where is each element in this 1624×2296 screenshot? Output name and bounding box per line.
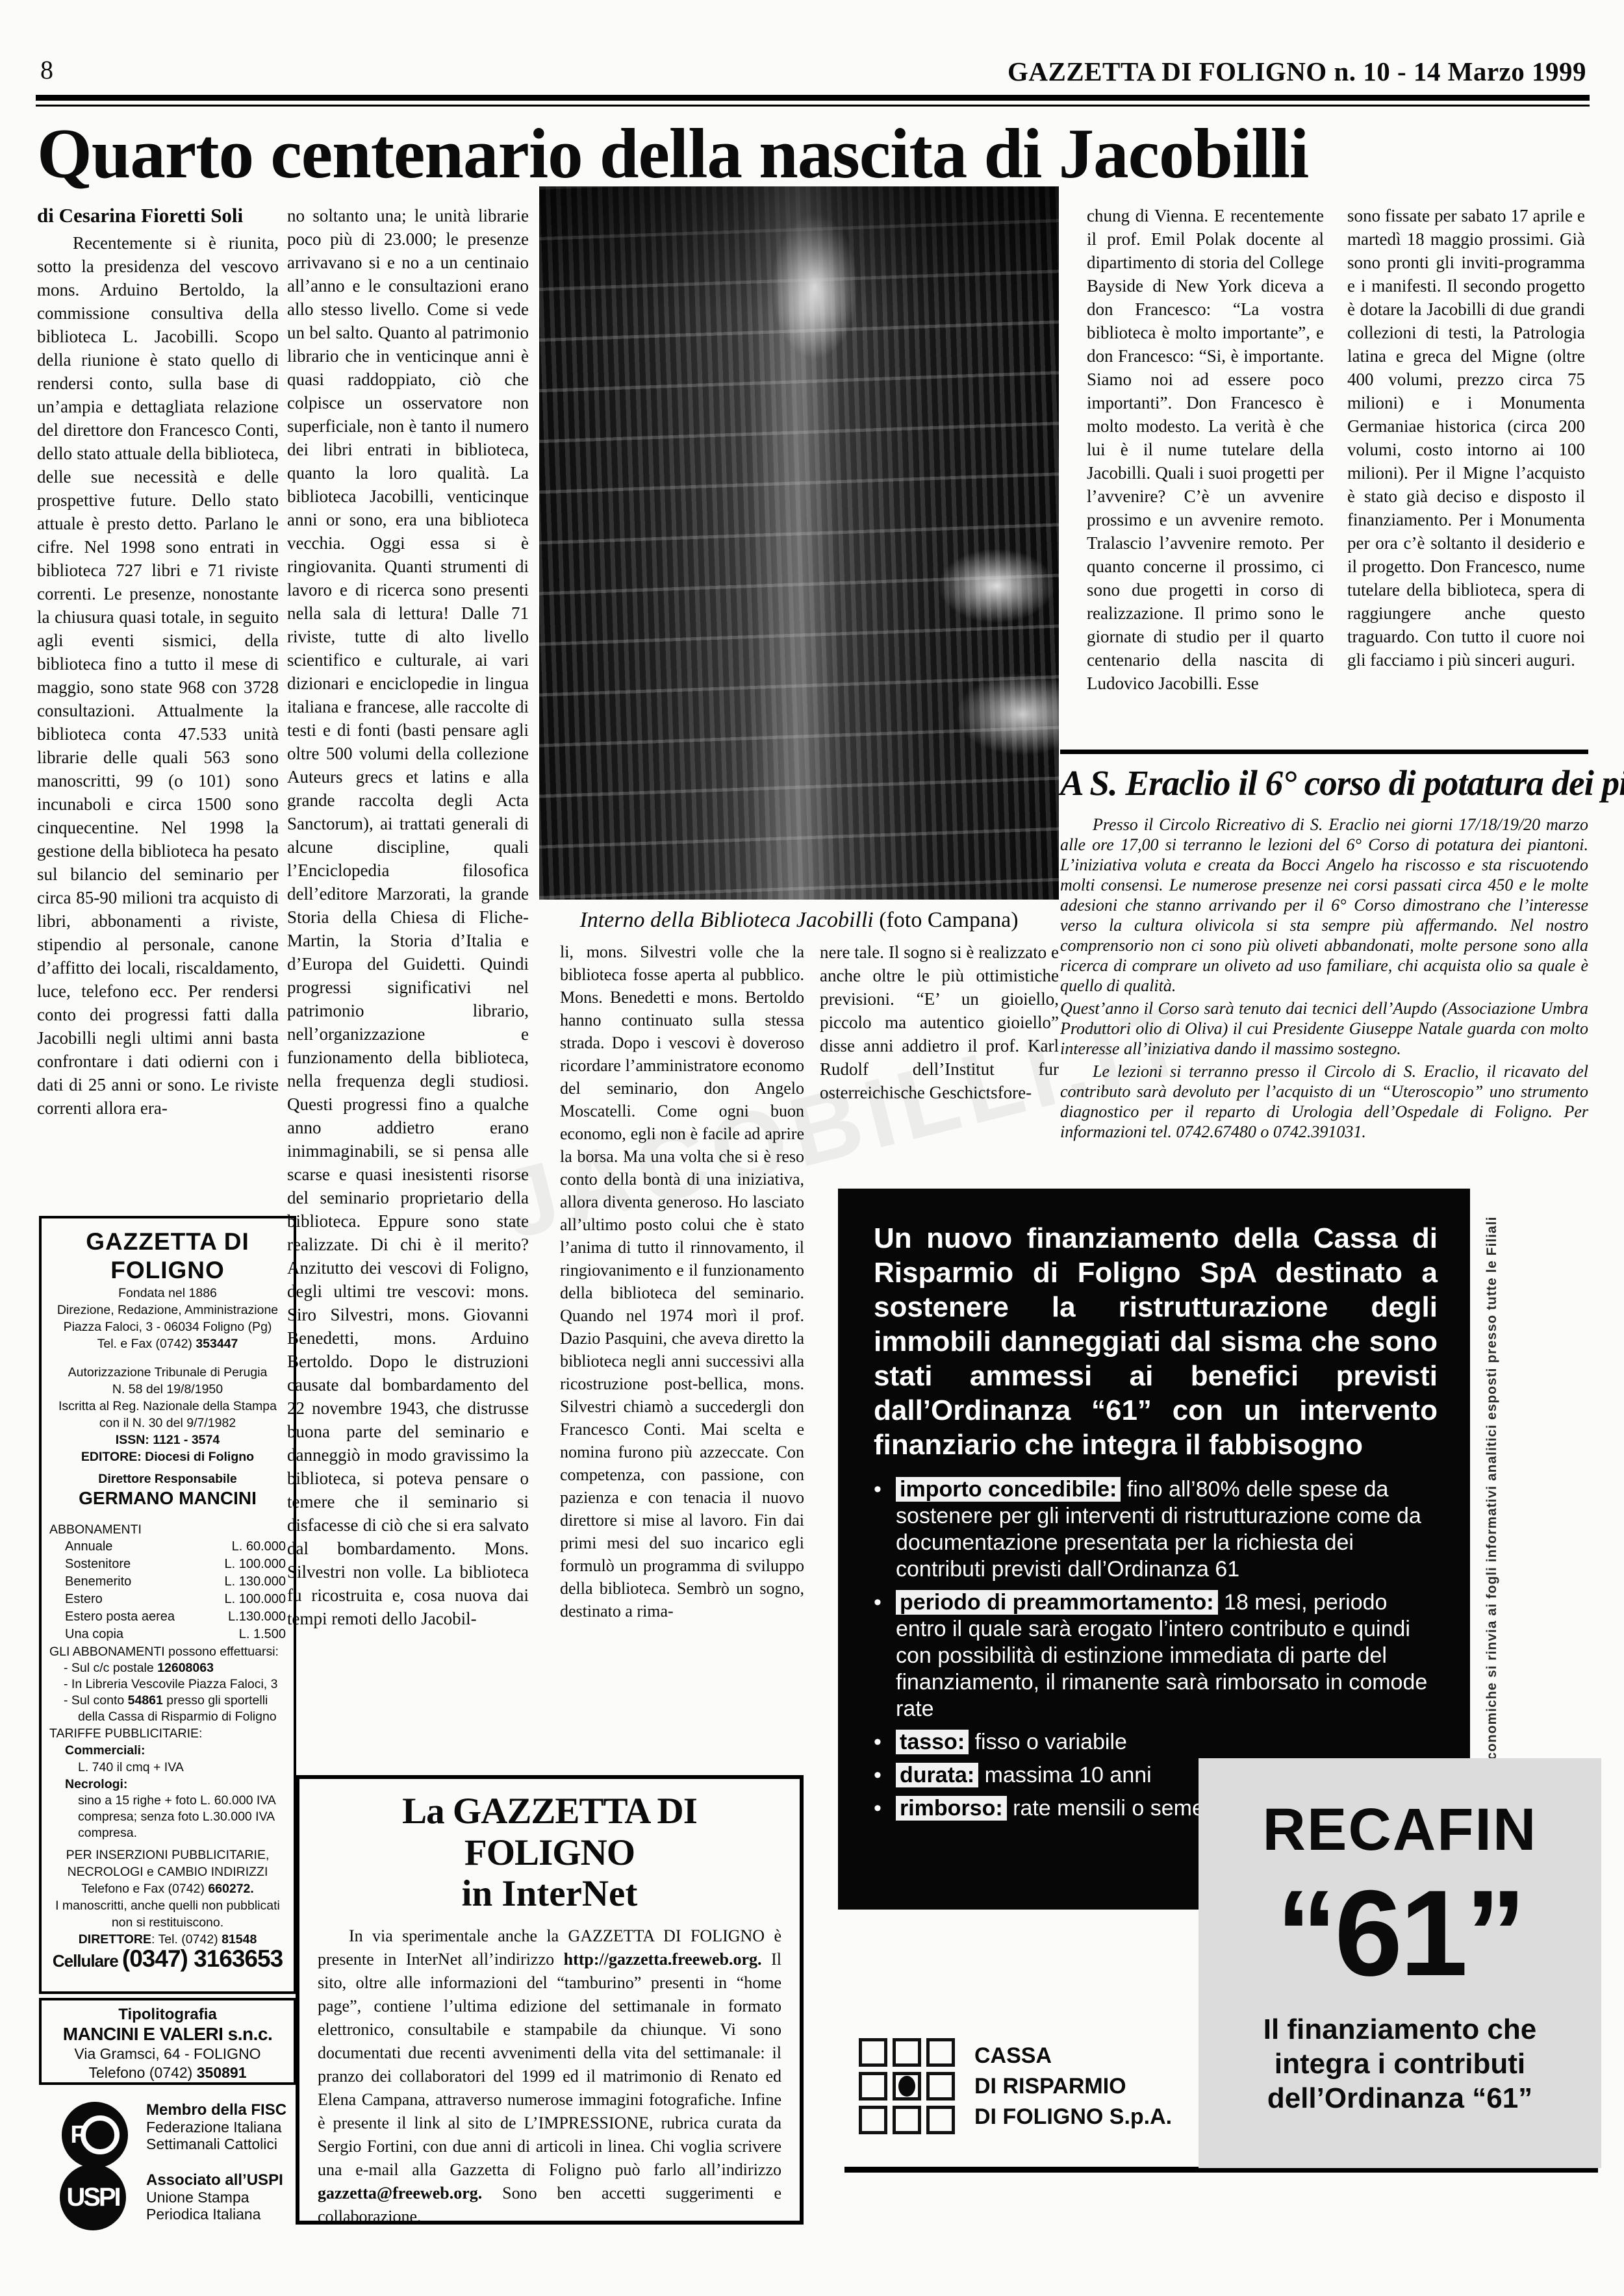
bullet-label: durata:: [896, 1763, 978, 1787]
method-conto: - Sul conto 54861 presso gli sportelli d…: [49, 1693, 286, 1725]
logo-square: [893, 2038, 921, 2067]
director-name: GERMANO MANCINI: [49, 1487, 286, 1509]
inserzioni-tel-label: Telefono e Fax (0742): [81, 1882, 208, 1896]
abb-label: Sostenitore: [65, 1556, 131, 1573]
masthead-dateline: GAZZETTA DI FOLIGNO n. 10 - 14 Marzo 199…: [1008, 56, 1586, 87]
uspi-letters: USPI: [66, 2183, 119, 2212]
commercial-label: Commerciali:: [49, 1742, 286, 1759]
inserzioni-tel-number: 660272.: [208, 1882, 254, 1896]
bullet-text: fisso o variabile: [969, 1730, 1127, 1754]
article-col2-text: no soltanto una; le unità librarie poco …: [287, 206, 529, 1628]
masthead-auth1: Autorizzazione Tribunale di Perugia: [49, 1364, 286, 1381]
necrologi-value: sino a 15 righe + foto L. 60.000 IVA com…: [49, 1793, 286, 1841]
eraclio-para-3: Le lezioni si terranno presso il Circolo…: [1060, 1061, 1588, 1142]
abbonamento-row: SostenitoreL. 100.000: [49, 1556, 286, 1573]
logo-square: [926, 2072, 955, 2100]
header-rule-thin: [36, 105, 1590, 107]
fisc-line3: Settimanali Cattolici: [146, 2136, 286, 2152]
manuscripts-note: I manoscritti, anche quelli non pubblica…: [49, 1897, 286, 1931]
tipografia-tel: Telefono (0742) 350891: [42, 2063, 294, 2082]
abbonamenti-title: ABBONAMENTI: [49, 1521, 286, 1538]
article-col6-text: sono fissate per sabato 17 aprile e mart…: [1347, 206, 1585, 670]
abb-label: Estero posta aerea: [65, 1608, 175, 1626]
eraclio-para-1: Presso il Circolo Ricreativo di S. Eracl…: [1060, 814, 1588, 996]
tipografia-box: Tipolitografia MANCINI E VALERI s.n.c. V…: [39, 1998, 296, 2085]
article-column-3: li, mons. Silvestri volle che la bibliot…: [560, 940, 804, 1622]
logo-square: [859, 2106, 887, 2134]
logo-square: [893, 2106, 921, 2134]
inserzioni-line1: PER INSERZIONI PUBBLICITARIE,: [49, 1847, 286, 1863]
inserzioni-tel: Telefono e Fax (0742) 660272.: [49, 1880, 286, 1897]
inserzioni-line2: NECROLOGI e CAMBIO INDIRIZZI: [49, 1863, 286, 1880]
article-column-1: di Cesarina Fioretti Soli Recentemente s…: [37, 204, 279, 1120]
tipografia-tel-number: 350891: [197, 2064, 247, 2081]
bullet-text: massima 10 anni: [978, 1763, 1151, 1787]
director-role: Direttore Responsabile: [49, 1470, 286, 1487]
cassa-logo-name: CASSA DI RISPARMIO DI FOLIGNO S.p.A.: [974, 2041, 1172, 2132]
masthead-auth4: con il N. 30 del 9/7/1982: [49, 1415, 286, 1432]
eraclio-body: Presso il Circolo Ricreativo di S. Eracl…: [1060, 814, 1588, 1144]
bank-ad-bullet-importo: importo concedibile: fino all’80% delle …: [874, 1476, 1438, 1583]
internet-box: La GAZZETTA DI FOLIGNO in InterNet In vi…: [296, 1775, 804, 2225]
abbonamento-row: Una copiaL. 1.500: [49, 1626, 286, 1643]
abb-label: Annuale: [65, 1538, 112, 1556]
article-col3-text: li, mons. Silvestri volle che la bibliot…: [560, 942, 804, 1621]
abb-price: L. 130.000: [224, 1573, 286, 1591]
cassa-name-line1: CASSA: [974, 2041, 1172, 2071]
cellulare-number: (0347) 3163653: [122, 1945, 283, 1972]
telfax-label: Tel. e Fax (0742): [97, 1337, 196, 1351]
abbonamento-row: AnnualeL. 60.000: [49, 1538, 286, 1556]
masthead-title: GAZZETTA DI FOLIGNO: [49, 1228, 286, 1285]
abbonamento-row: Estero posta aereaL.130.000: [49, 1608, 286, 1626]
article-headline: Quarto centenario della nascita di Jacob…: [37, 113, 1591, 195]
cassa-logo-icon: [859, 2038, 960, 2139]
article-column-6: sono fissate per sabato 17 aprile e mart…: [1347, 204, 1585, 672]
uspi-line2: Unione Stampa: [146, 2189, 283, 2206]
internet-body-text: Il sito, oltre alle informazioni del “ta…: [318, 1950, 781, 2179]
logo-square: [926, 2106, 955, 2134]
issn-label: ISSN:: [116, 1433, 153, 1447]
tipografia-line2: MANCINI E VALERI s.n.c.: [42, 2024, 294, 2045]
bullet-label: periodo di preammortamento:: [896, 1590, 1218, 1615]
cassa-name-line3: DI FOLIGNO S.p.A.: [974, 2102, 1172, 2132]
photo-caption-credit: (foto Campana): [874, 908, 1019, 932]
library-photo: [539, 186, 1059, 900]
article-column-5: chung di Vienna. E recentemente il prof.…: [1087, 204, 1324, 695]
logo-square: [859, 2072, 887, 2100]
internet-box-title-line1: La GAZZETTA DI FOLIGNO: [318, 1791, 781, 1874]
direttore-mid: : Tel. (0742): [151, 1932, 222, 1947]
bullet-label: rimborso:: [896, 1796, 1007, 1821]
direttore-label: DIRETTORE: [79, 1932, 151, 1947]
uspi-line3: Periodica Italiana: [146, 2206, 283, 2223]
method-libreria: - In Libreria Vescovile Piazza Faloci, 3: [49, 1676, 286, 1693]
eraclio-top-rule: [1060, 750, 1588, 754]
uspi-line1: Associato all’USPI: [146, 2172, 283, 2189]
masthead-address2: Piazza Faloci, 3 - 06034 Foligno (Pg): [49, 1318, 286, 1335]
abb-price: L. 100.000: [224, 1591, 286, 1608]
recafin-tagline: Il finanziamento che integra i contribut…: [1244, 2012, 1556, 2115]
fisc-logo-icon: F: [62, 2102, 128, 2168]
eraclio-para-2: Quest’anno il Corso sarà tenuto dai tecn…: [1060, 998, 1588, 1059]
tipografia-line1: Tipolitografia: [42, 2006, 294, 2024]
cellulare-label: Cellulare: [53, 1951, 122, 1971]
issn-number: 1121 - 3574: [153, 1433, 220, 1447]
uspi-logo-icon: USPI: [60, 2164, 126, 2230]
abb-price: L.130.000: [228, 1608, 286, 1626]
method-number: 54861: [128, 1693, 163, 1708]
uspi-membership: Associato all’USPI Unione Stampa Periodi…: [146, 2172, 283, 2223]
masthead-issn: ISSN: 1121 - 3574: [49, 1432, 286, 1448]
photo-caption: Interno della Biblioteca Jacobilli (foto…: [539, 908, 1059, 933]
methods-intro: GLI ABBONAMENTI possono effettuarsi:: [49, 1643, 286, 1660]
abb-label: Una copia: [65, 1626, 123, 1643]
recafin-ad: RECAFIN “61” Il finanziamento che integr…: [1199, 1758, 1601, 2168]
page-number: 8: [40, 55, 53, 85]
necrologi-label: Necrologi:: [49, 1776, 286, 1793]
method-text: - Sul c/c postale: [64, 1661, 157, 1675]
abb-label: Benemerito: [65, 1573, 131, 1591]
tipografia-tel-label: Telefono (0742): [89, 2064, 197, 2081]
commercial-value: L. 740 il cmq + IVA: [49, 1759, 286, 1776]
masthead-telfax: Tel. e Fax (0742) 353447: [49, 1335, 286, 1352]
masthead-info-box: GAZZETTA DI FOLIGNO Fondata nel 1886 Dir…: [39, 1216, 296, 1994]
masthead-editore: EDITORE: Diocesi di Foligno: [49, 1448, 286, 1465]
abb-price: L. 1.500: [239, 1626, 286, 1643]
email-address: gazzetta@freeweb.org.: [318, 2184, 482, 2202]
article-column-2: no soltanto una; le unità librarie poco …: [287, 204, 529, 1630]
method-postale: - Sul c/c postale 12608063: [49, 1660, 286, 1676]
cassa-name-line2: DI RISPARMIO: [974, 2071, 1172, 2102]
bank-ad-bullet-preammortamento: periodo di preammortamento: 18 mesi, per…: [874, 1589, 1438, 1722]
logo-square-dot: [893, 2072, 921, 2100]
photo-caption-title: Interno della Biblioteca Jacobilli: [579, 908, 873, 932]
direttore-number: 81548: [222, 1932, 257, 1947]
abbonamento-row: EsteroL. 100.000: [49, 1591, 286, 1608]
byline: di Cesarina Fioretti Soli: [37, 204, 279, 227]
bank-ad-headline: Un nuovo finanziamento della Cassa di Ri…: [874, 1221, 1438, 1462]
fisc-line1: Membro della FISC: [146, 2102, 286, 2119]
masthead-address1: Direzione, Redazione, Amministrazione: [49, 1302, 286, 1318]
masthead-auth2: N. 58 del 19/8/1950: [49, 1381, 286, 1398]
abbonamento-row: BenemeritoL. 130.000: [49, 1573, 286, 1591]
bank-ad-bullet-tasso: tasso: fisso o variabile: [874, 1729, 1438, 1756]
article-col4-text: nere tale. Il sogno si è realizzato e an…: [820, 942, 1059, 1102]
abb-label: Estero: [65, 1591, 103, 1608]
logo-square: [859, 2038, 887, 2067]
article-column-4: nere tale. Il sogno si è realizzato e an…: [820, 940, 1059, 1104]
fisc-membership: Membro della FISC Federazione Italiana S…: [146, 2102, 286, 2152]
internet-box-body: In via sperimentale anche la GAZZETTA DI…: [318, 1924, 781, 2228]
fisc-ring: [81, 2115, 120, 2154]
masthead-founded: Fondata nel 1886: [49, 1285, 286, 1302]
method-number: 12608063: [157, 1661, 214, 1675]
recafin-brand: RECAFIN: [1199, 1796, 1601, 1864]
article-col1-text: Recentemente si è riunita, sotto la pres…: [37, 231, 279, 1120]
masthead-auth3: Iscritta al Reg. Nazionale della Stampa: [49, 1398, 286, 1415]
telfax-number: 353447: [196, 1337, 238, 1351]
eraclio-title: A S. Eraclio il 6° corso di potatura dei…: [1060, 763, 1588, 803]
fisc-line2: Federazione Italiana: [146, 2119, 286, 2136]
newspaper-page: JACOBILLI.IT 8 GAZZETTA DI FOLIGNO n. 10…: [0, 0, 1624, 2296]
logo-square: [926, 2038, 955, 2067]
website-url: http://gazzetta.freeweb.org.: [564, 1950, 762, 1969]
tariffe-title: TARIFFE PUBBLICITARIE:: [49, 1725, 286, 1742]
abb-price: L. 60.000: [232, 1538, 286, 1556]
bullet-label: tasso:: [896, 1730, 969, 1754]
abb-price: L. 100.000: [224, 1556, 286, 1573]
header-rule-thick: [36, 95, 1590, 101]
article-col5-text: chung di Vienna. E recentemente il prof.…: [1087, 206, 1324, 693]
bullet-label: importo concedibile:: [896, 1477, 1121, 1502]
cellulare-line: Cellulare (0347) 3163653: [49, 1950, 286, 1969]
internet-box-title-line2: in InterNet: [318, 1874, 781, 1914]
recafin-61: “61”: [1199, 1868, 1601, 1998]
method-text: - Sul conto: [64, 1693, 128, 1708]
tipografia-line3: Via Gramsci, 64 - FOLIGNO: [42, 2045, 294, 2063]
